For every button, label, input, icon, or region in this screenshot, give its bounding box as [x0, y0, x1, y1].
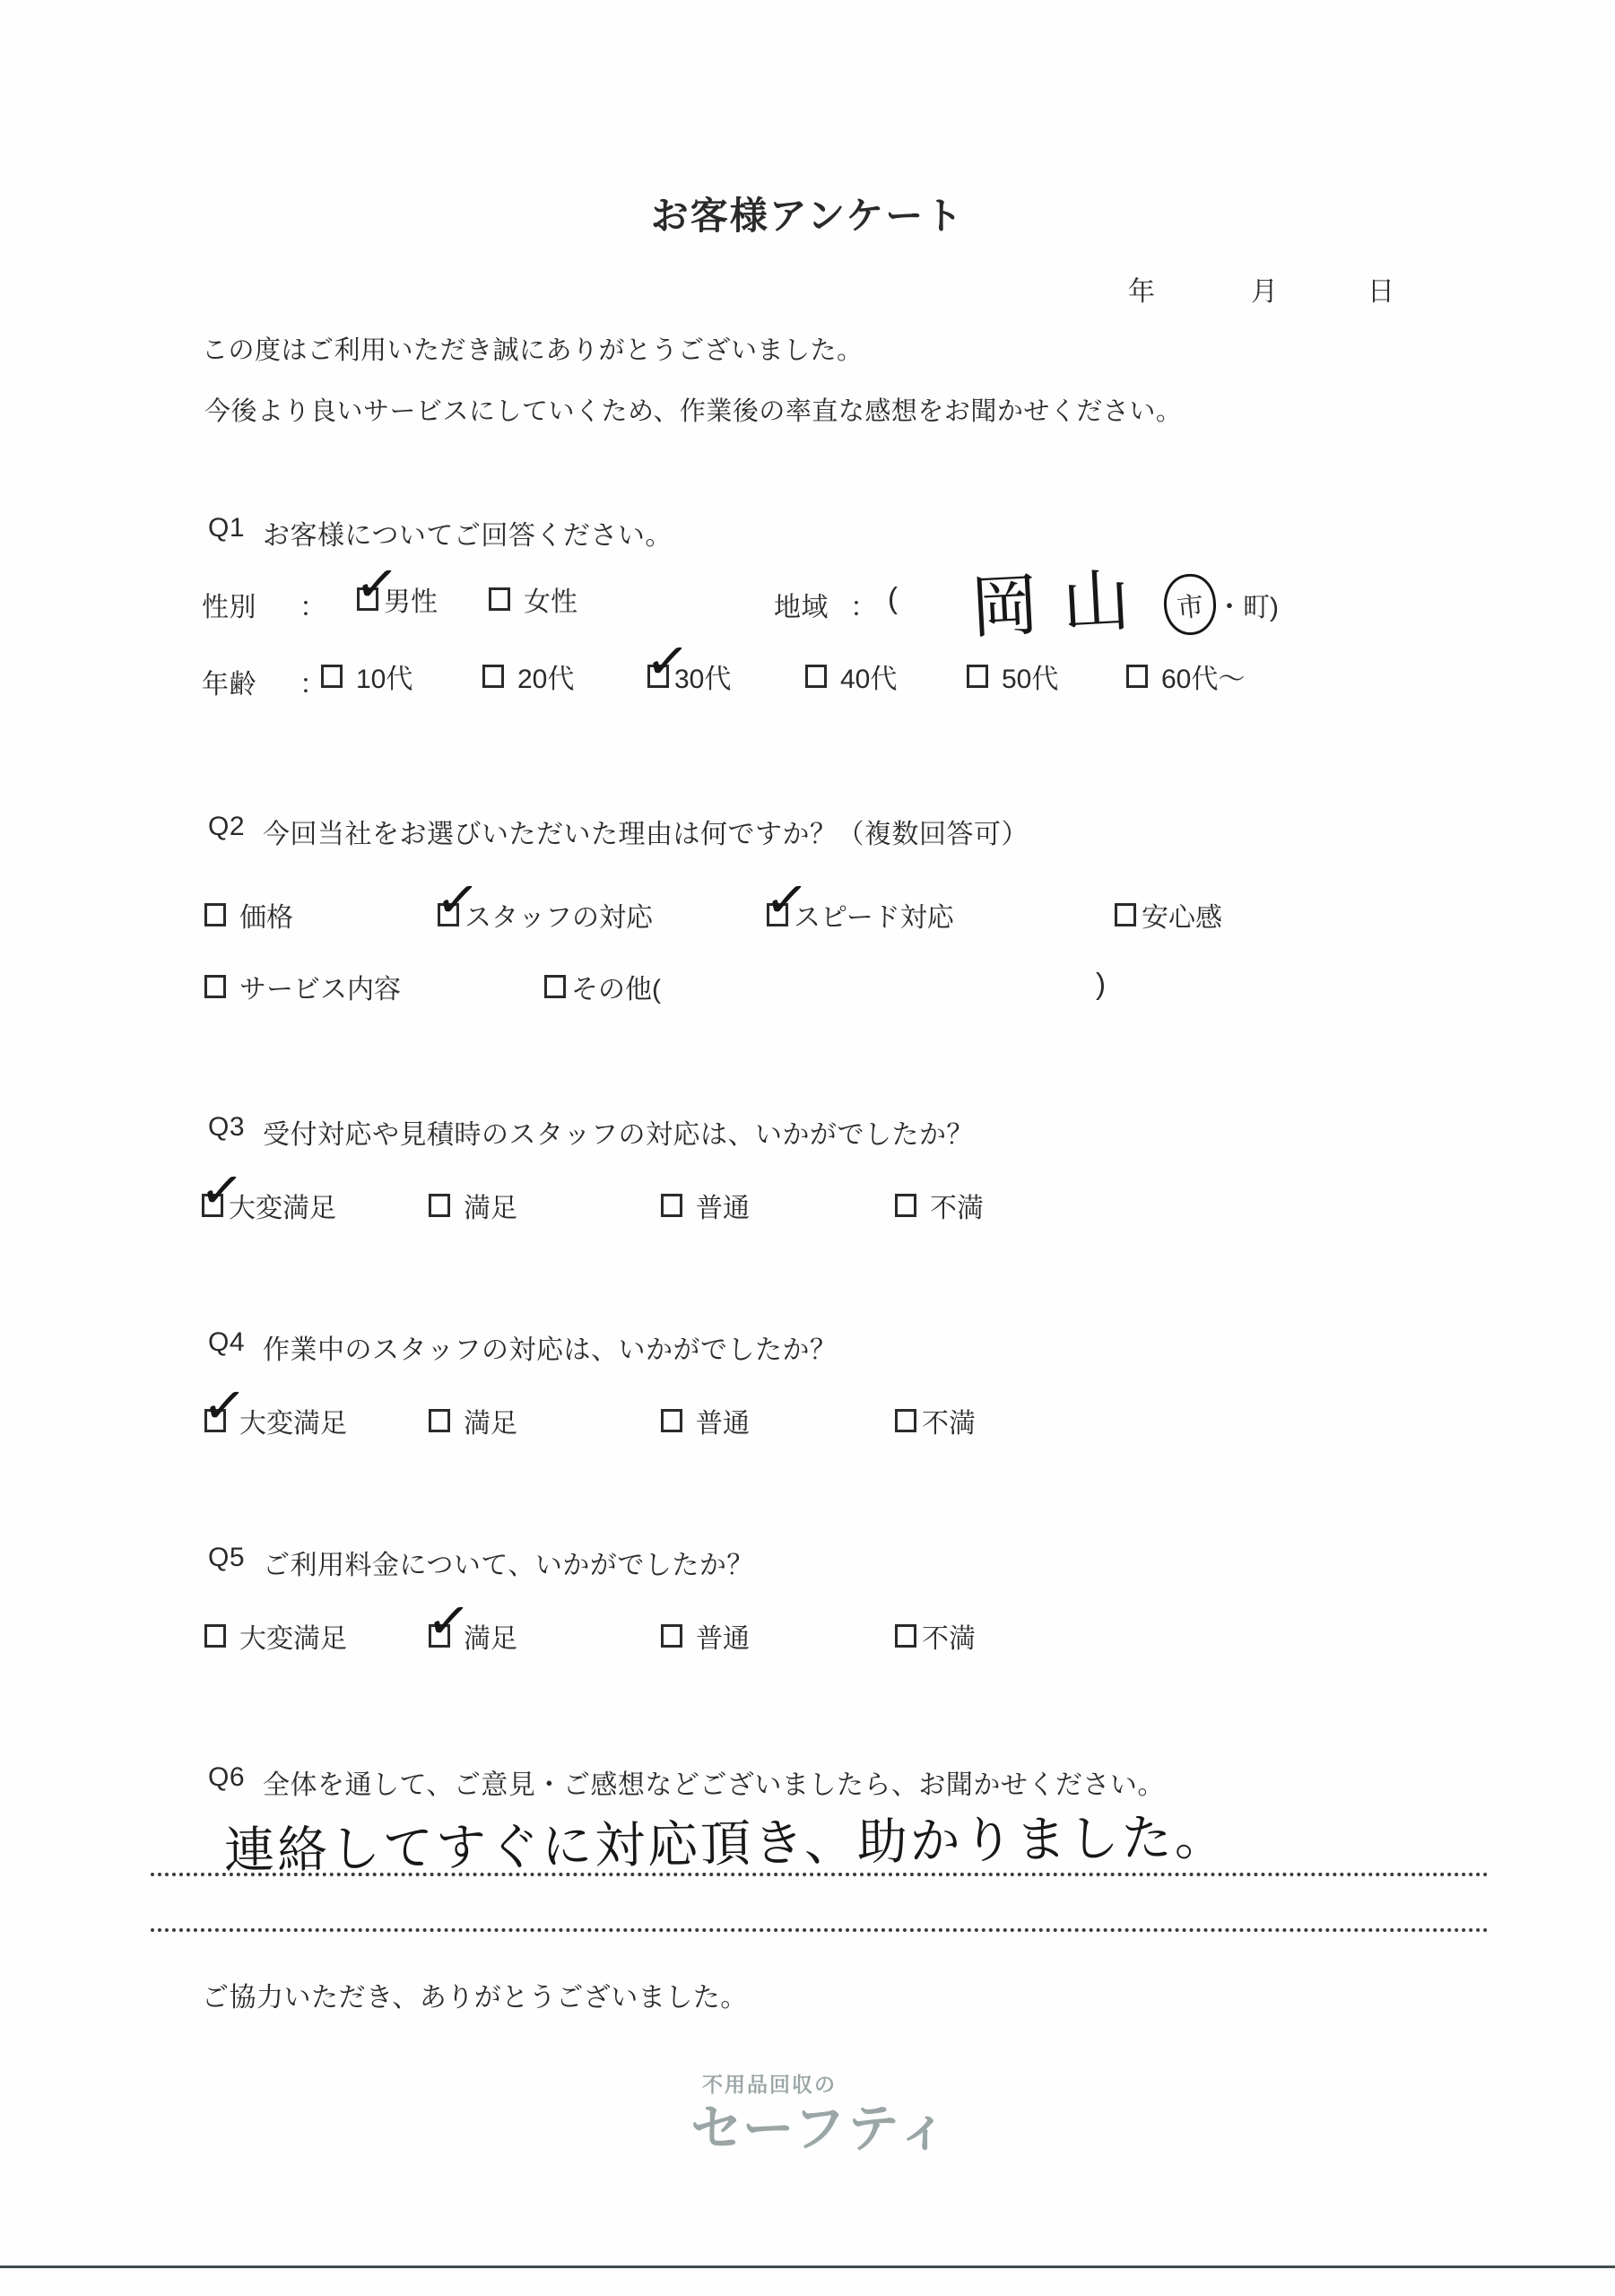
checkbox[interactable]: ✓ [805, 665, 827, 688]
region-handwritten-value: 岡山 [968, 544, 1155, 652]
option-label: 安心感 [1142, 895, 1222, 935]
option-label: その他( [571, 967, 661, 1006]
q6-number: Q6 [208, 1762, 245, 1802]
option-label: 普通 [696, 1186, 750, 1225]
checkbox[interactable]: ✓ [767, 903, 788, 926]
q1-heading-text: お客様についてご回答ください。 [263, 513, 673, 552]
age-option-20s[interactable]: ✓ 20代 [482, 658, 574, 694]
checkbox[interactable]: ✓ [357, 587, 378, 611]
checkbox[interactable]: ✓ [482, 665, 504, 688]
q2-option-speed-response[interactable]: ✓ スピード対応 [767, 897, 954, 933]
gender-option-male[interactable]: ✓ 男性 [357, 581, 438, 617]
option-label: 60代～ [1161, 657, 1245, 696]
option-label: 30代 [674, 657, 731, 696]
q3-option-neutral[interactable]: ✓ 普通 [661, 1187, 750, 1223]
option-label: 不満 [930, 1186, 984, 1225]
q5-option-neutral[interactable]: ✓ 普通 [661, 1618, 750, 1654]
option-label: 不満 [922, 1616, 976, 1656]
option-label: 大変満足 [229, 1186, 336, 1225]
age-option-50s[interactable]: ✓ 50代 [967, 658, 1058, 694]
option-label: 満足 [464, 1401, 517, 1440]
option-label: スタッフの対応 [465, 895, 653, 935]
q4-option-dissatisfied[interactable]: ✓ 不満 [895, 1403, 976, 1439]
q6-heading-text: 全体を通して、ご意見・ご感想などございましたら、お聞かせください。 [263, 1762, 1165, 1802]
q3-heading-text: 受付対応や見積時のスタッフの対応は、いかがでしたか？ [263, 1112, 974, 1152]
q2-option-service-content[interactable]: ✓ サービス内容 [204, 969, 401, 1004]
checkbox[interactable]: ✓ [429, 1194, 450, 1217]
intro-line-2: 今後より良いサービスにしていくため、作業後の率直な感想をお聞かせください。 [204, 391, 1182, 428]
q2-option-staff-response[interactable]: ✓ スタッフの対応 [438, 897, 653, 933]
q6-heading: Q6 全体を通して、ご意見・ご感想などございましたら、お聞かせください。 [208, 1762, 1165, 1802]
gender-label: 性別 [202, 585, 256, 624]
checkbox[interactable]: ✓ [1115, 903, 1136, 926]
region-label: 地域 [774, 585, 829, 624]
q2-option-price[interactable]: ✓ 価格 [204, 897, 293, 933]
survey-scan-page: お客様アンケート 年 月 日 この度はご利用いただき誠にありがとうございました。… [0, 0, 1615, 2296]
q3-option-very-satisfied[interactable]: ✓ 大変満足 [202, 1187, 336, 1223]
q2-other-close-paren: ) [1096, 967, 1106, 1001]
q4-option-satisfied[interactable]: ✓ 満足 [429, 1403, 517, 1439]
age-option-60s-plus[interactable]: ✓ 60代～ [1126, 658, 1245, 694]
checkbox[interactable]: ✓ [544, 975, 566, 998]
checkbox[interactable]: ✓ [967, 665, 988, 688]
option-label: 10代 [356, 657, 412, 696]
checkbox[interactable]: ✓ [661, 1409, 682, 1432]
comment-line-1 [151, 1873, 1489, 1876]
q6-handwritten-comment: 連絡してすぐに対応頂き、助かりました。 [223, 1797, 1228, 1883]
q3-number: Q3 [208, 1112, 245, 1152]
checkbox[interactable]: ✓ [895, 1624, 916, 1648]
checkbox[interactable]: ✓ [895, 1194, 916, 1217]
q5-number: Q5 [208, 1543, 245, 1582]
checkbox[interactable]: ✓ [429, 1409, 450, 1432]
comment-line-2 [151, 1928, 1489, 1932]
option-label: 満足 [464, 1616, 517, 1656]
q5-heading: Q5 ご利用料金について、いかがでしたか？ [208, 1543, 754, 1582]
q2-number: Q2 [208, 812, 245, 851]
option-label: 20代 [517, 657, 574, 696]
checkbox[interactable]: ✓ [489, 587, 510, 611]
checkbox[interactable]: ✓ [438, 903, 459, 926]
option-label: 女性 [524, 579, 577, 619]
option-label: 不満 [922, 1401, 976, 1440]
q3-option-satisfied[interactable]: ✓ 満足 [429, 1187, 517, 1223]
checkbox[interactable]: ✓ [202, 1194, 223, 1217]
age-option-30s[interactable]: ✓ 30代 [647, 658, 731, 694]
checkbox[interactable]: ✓ [1126, 665, 1148, 688]
gender-option-female[interactable]: ✓ 女性 [489, 581, 577, 617]
option-label: 満足 [464, 1186, 517, 1225]
option-label: スピード対応 [794, 895, 954, 935]
scan-edge-line [0, 2266, 1615, 2268]
gender-separator: ： [300, 585, 327, 624]
q5-option-dissatisfied[interactable]: ✓ 不満 [895, 1618, 976, 1654]
region-separator: ： [850, 585, 878, 624]
option-label: 大変満足 [239, 1401, 347, 1440]
checkbox[interactable]: ✓ [647, 665, 669, 688]
option-label: 普通 [696, 1616, 750, 1656]
option-label: 普通 [696, 1401, 750, 1440]
checkbox[interactable]: ✓ [895, 1409, 916, 1432]
intro-line-1: この度はご利用いただき誠にありがとうございました。 [202, 330, 864, 367]
closing-text: ご協力いただき、ありがとうございました。 [202, 1975, 748, 2014]
region-city-group: 市 ・町) [1164, 574, 1279, 635]
q5-option-very-satisfied[interactable]: ✓ 大変満足 [204, 1618, 347, 1654]
option-label: 50代 [1002, 657, 1058, 696]
company-logo: セーフティ [690, 2086, 951, 2161]
checkbox[interactable]: ✓ [204, 1409, 226, 1432]
checkbox[interactable]: ✓ [661, 1624, 682, 1648]
checkbox[interactable]: ✓ [661, 1194, 682, 1217]
date-day-label: 日 [1368, 269, 1394, 309]
q3-heading: Q3 受付対応や見積時のスタッフの対応は、いかがでしたか？ [208, 1112, 974, 1152]
checkbox[interactable]: ✓ [204, 903, 226, 926]
age-option-40s[interactable]: ✓ 40代 [805, 658, 897, 694]
age-option-10s[interactable]: ✓ 10代 [321, 658, 412, 694]
q4-number: Q4 [208, 1327, 245, 1367]
q2-option-other[interactable]: ✓ その他( [544, 969, 661, 1004]
region-suffix: ・町) [1216, 585, 1279, 624]
option-label: 大変満足 [239, 1616, 347, 1656]
region-city-label: 市 [1175, 584, 1205, 626]
option-label: 価格 [239, 895, 293, 935]
option-label: 40代 [840, 657, 897, 696]
q2-heading: Q2 今回当社をお選びいただいた理由は何ですか？（複数回答可） [208, 812, 1029, 851]
city-circle-annotation: 市 [1161, 571, 1220, 638]
q5-option-satisfied[interactable]: ✓ 満足 [429, 1618, 517, 1654]
option-label: 男性 [384, 579, 438, 619]
age-label: 年齢 [202, 662, 256, 701]
checkbox[interactable]: ✓ [429, 1624, 450, 1648]
q3-option-dissatisfied[interactable]: ✓ 不満 [895, 1187, 984, 1223]
q4-option-very-satisfied[interactable]: ✓ 大変満足 [204, 1403, 347, 1439]
page-title: お客様アンケート [0, 187, 1615, 240]
q4-heading: Q4 作業中のスタッフの対応は、いかがでしたか？ [208, 1327, 838, 1367]
q5-heading-text: ご利用料金について、いかがでしたか？ [263, 1543, 754, 1582]
checkbox[interactable]: ✓ [321, 665, 343, 688]
date-year-label: 年 [1128, 269, 1155, 309]
region-open-paren: ( [888, 581, 898, 615]
checkbox[interactable]: ✓ [204, 1624, 226, 1648]
option-label: サービス内容 [239, 967, 401, 1006]
q1-number: Q1 [208, 513, 245, 552]
date-month-label: 月 [1251, 269, 1278, 309]
q2-option-reassurance[interactable]: ✓ 安心感 [1115, 897, 1222, 933]
q4-option-neutral[interactable]: ✓ 普通 [661, 1403, 750, 1439]
q2-heading-text: 今回当社をお選びいただいた理由は何ですか？（複数回答可） [263, 812, 1029, 851]
q4-heading-text: 作業中のスタッフの対応は、いかがでしたか？ [263, 1327, 838, 1367]
q1-heading: Q1 お客様についてご回答ください。 [208, 513, 673, 552]
checkbox[interactable]: ✓ [204, 975, 226, 998]
